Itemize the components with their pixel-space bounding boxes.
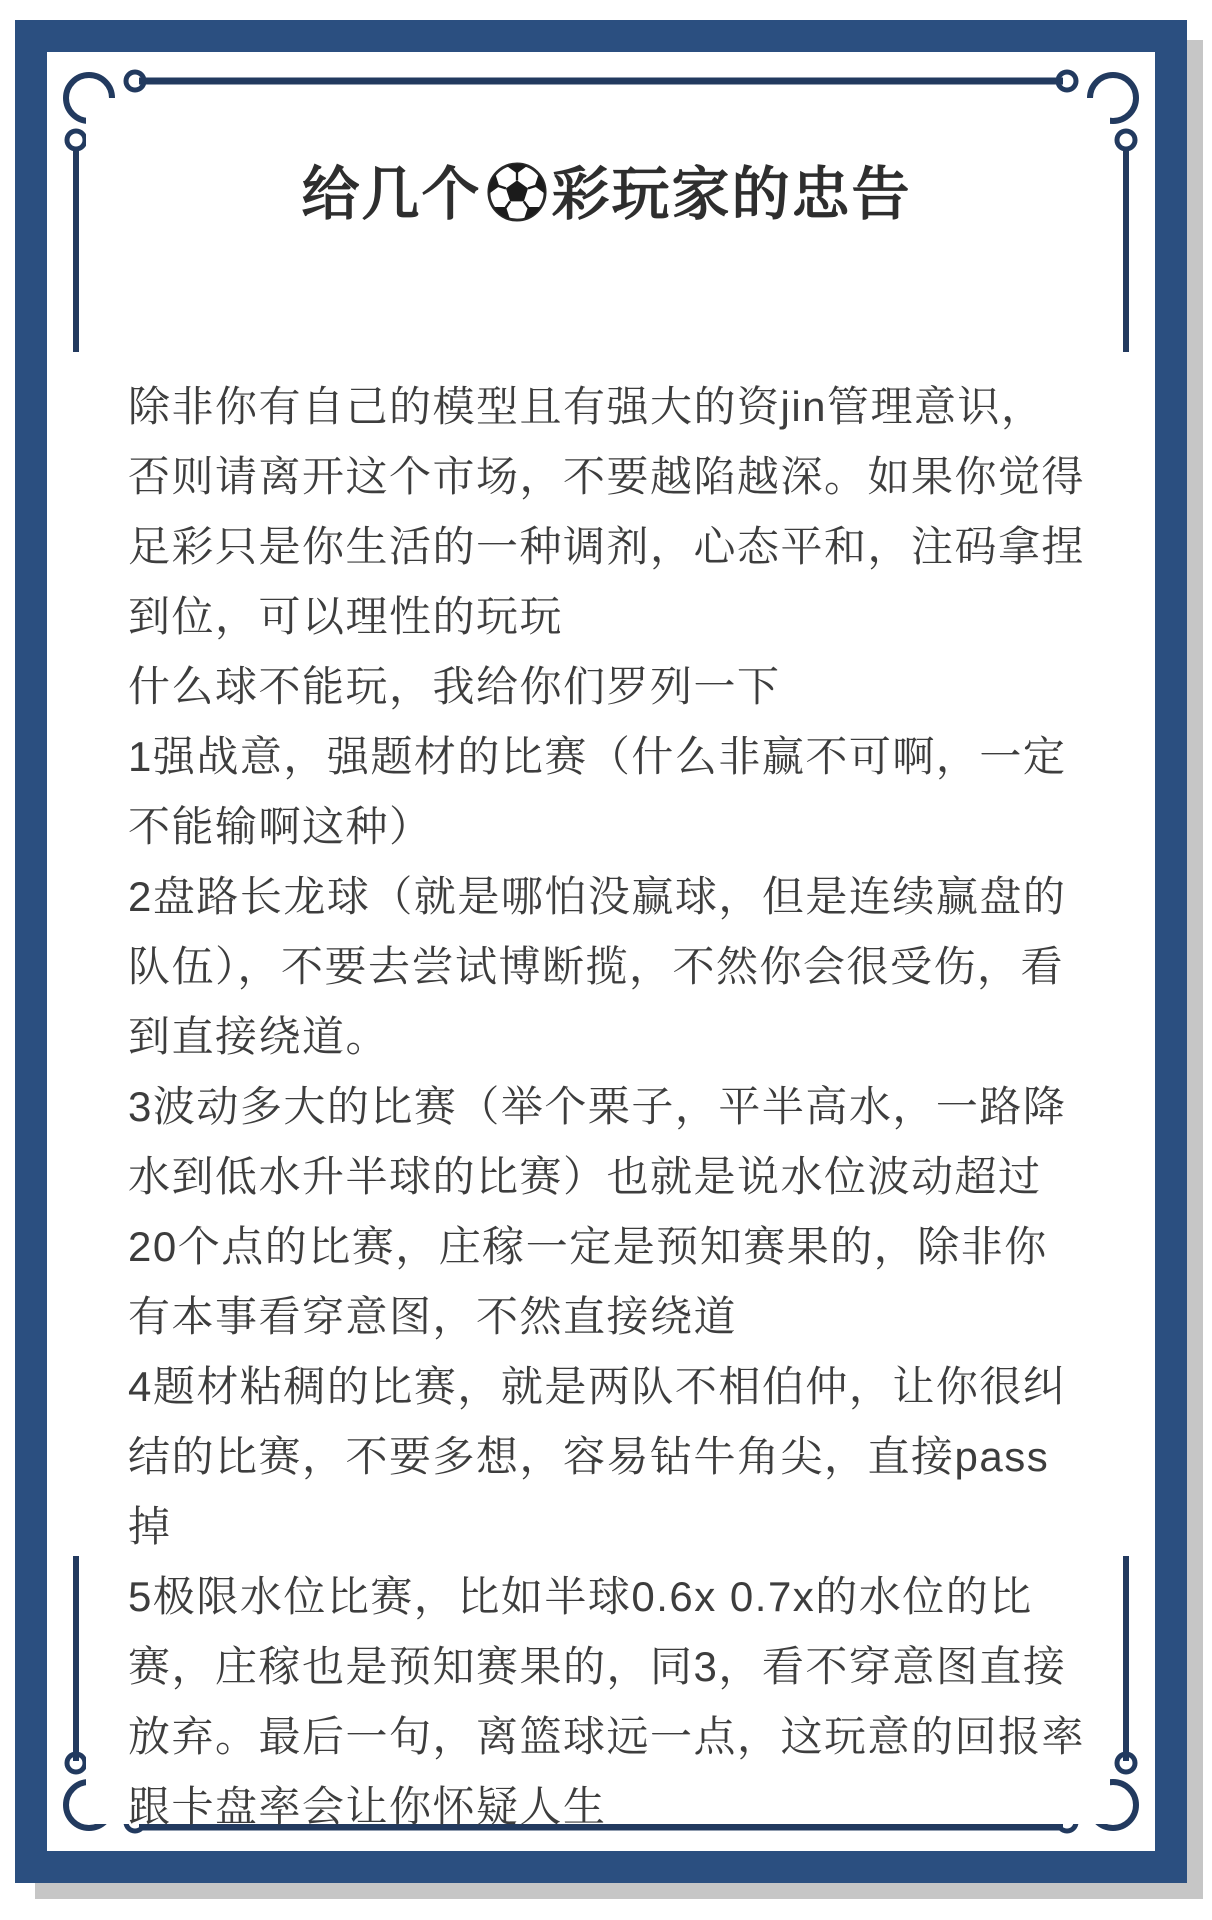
title-prefix: 给几个 <box>301 162 481 227</box>
paragraph: 3波动多大的比赛（举个栗子，平半高水，一路降水到低水升半球的比赛）也就是说水位波… <box>128 1072 1085 1352</box>
paragraph: 2盘路长龙球（就是哪怕没赢球，但是连续赢盘的队伍），不要去尝试博断揽，不然你会很… <box>128 862 1085 1072</box>
paragraph: 1强战意，强题材的比赛（什么非赢不可啊，一定不能输啊这种） <box>128 722 1085 862</box>
page-title: 给几个 <box>128 160 1085 230</box>
title-suffix: 彩玩家的忠告 <box>552 162 912 227</box>
poster: 给几个 <box>0 0 1212 1920</box>
paragraph: 除非你有自己的模型且有强大的资jin管理意识，否则请离开这个市场，不要越陷越深。… <box>128 372 1085 652</box>
soccer-ball-icon <box>486 161 548 223</box>
paragraph: 4题材粘稠的比赛，就是两队不相伯仲，让你很纠结的比赛，不要多想，容易钻牛角尖，直… <box>128 1352 1085 1562</box>
body-text: 除非你有自己的模型且有强大的资jin管理意识，否则请离开这个市场，不要越陷越深。… <box>128 372 1085 1842</box>
paragraph: 5极限水位比赛，比如半球0.6x 0.7x的水位的比赛，庄稼也是预知赛果的，同3… <box>128 1562 1085 1842</box>
content-card: 给几个 <box>86 98 1110 1824</box>
paragraph: 什么球不能玩，我给你们罗列一下 <box>128 652 1085 722</box>
